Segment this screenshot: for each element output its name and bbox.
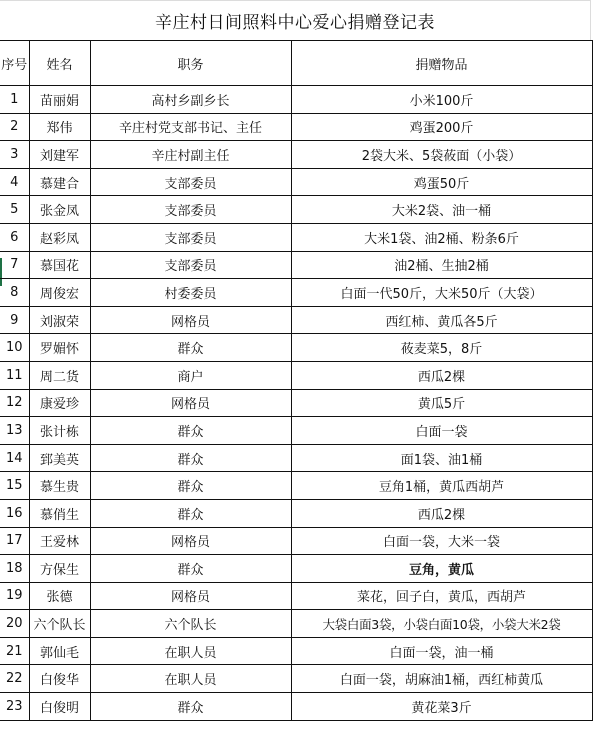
cell-item[interactable]: 大米2袋、油一桶 bbox=[291, 196, 592, 224]
cell-name[interactable]: 王爱林 bbox=[29, 527, 90, 555]
cell-item[interactable]: 黄瓜5斤 bbox=[291, 389, 592, 417]
cell-name[interactable]: 张金凤 bbox=[29, 196, 90, 224]
cell-no[interactable]: 13 bbox=[0, 417, 29, 445]
cell-no[interactable]: 3 bbox=[0, 141, 29, 169]
table-row: 17王爱林网格员白面一袋，大米一袋 bbox=[0, 527, 592, 555]
cell-no[interactable]: 11 bbox=[0, 361, 29, 389]
cell-item[interactable]: 西瓜2棵 bbox=[291, 499, 592, 527]
cell-no[interactable]: 4 bbox=[0, 168, 29, 196]
cell-item[interactable]: 豆角1桶，黄瓜西胡芦 bbox=[291, 472, 592, 500]
table-row: 14郅美英群众面1袋、油1桶 bbox=[0, 444, 592, 472]
cell-no[interactable]: 6 bbox=[0, 223, 29, 251]
cell-role[interactable]: 群众 bbox=[90, 555, 291, 583]
table-row: 5张金凤支部委员大米2袋、油一桶 bbox=[0, 196, 592, 224]
cell-no[interactable]: 5 bbox=[0, 196, 29, 224]
table-row: 8周俊宏村委委员白面一代50斤，大米50斤（大袋） bbox=[0, 279, 592, 307]
cell-item[interactable]: 鸡蛋50斤 bbox=[291, 168, 592, 196]
cell-item[interactable]: 面1袋、油1桶 bbox=[291, 444, 592, 472]
cell-item[interactable]: 小米100斤 bbox=[291, 86, 592, 114]
cell-name[interactable]: 刘淑荣 bbox=[29, 306, 90, 334]
table-row: 20六个队长六个队长大袋白面3袋，小袋白面10袋，小袋大米2袋 bbox=[0, 610, 592, 638]
cell-name[interactable]: 慕生贵 bbox=[29, 472, 90, 500]
cell-item[interactable]: 油2桶、生抽2桶 bbox=[291, 251, 592, 279]
cell-name[interactable]: 周二货 bbox=[29, 361, 90, 389]
table-row: 1苗丽娟高村乡副乡长小米100斤 bbox=[0, 86, 592, 114]
cell-role[interactable]: 网格员 bbox=[90, 582, 291, 610]
cell-role[interactable]: 群众 bbox=[90, 417, 291, 445]
cell-item[interactable]: 白面一袋 bbox=[291, 417, 592, 445]
cell-name[interactable]: 六个队长 bbox=[29, 610, 90, 638]
cell-no[interactable]: 7 bbox=[0, 251, 29, 279]
cell-item[interactable]: 白面一袋，大米一袋 bbox=[291, 527, 592, 555]
cell-role[interactable]: 支部委员 bbox=[90, 251, 291, 279]
header-role[interactable]: 职务 bbox=[90, 41, 291, 86]
cell-no[interactable]: 8 bbox=[0, 279, 29, 307]
cell-role[interactable]: 在职人员 bbox=[90, 665, 291, 693]
cell-name[interactable]: 周俊宏 bbox=[29, 279, 90, 307]
cell-no[interactable]: 22 bbox=[0, 665, 29, 693]
cell-no[interactable]: 23 bbox=[0, 693, 29, 721]
cell-no[interactable]: 10 bbox=[0, 334, 29, 362]
cell-item[interactable]: 大米1袋、油2桶、粉条6斤 bbox=[291, 223, 592, 251]
cell-no[interactable]: 15 bbox=[0, 472, 29, 500]
table-row: 16慕俏生群众西瓜2棵 bbox=[0, 499, 592, 527]
cell-name[interactable]: 张德 bbox=[29, 582, 90, 610]
spreadsheet: 辛庄村日间照料中心爱心捐赠登记表 序号 姓名 职务 捐赠物品 1苗丽娟高村乡副乡… bbox=[0, 0, 593, 734]
cell-name[interactable]: 赵彩凤 bbox=[29, 223, 90, 251]
cell-no[interactable]: 14 bbox=[0, 444, 29, 472]
cell-role[interactable]: 支部委员 bbox=[90, 196, 291, 224]
table-row: 7慕国花支部委员油2桶、生抽2桶 bbox=[0, 251, 592, 279]
header-row: 序号 姓名 职务 捐赠物品 bbox=[0, 41, 592, 86]
cell-role[interactable]: 群众 bbox=[90, 444, 291, 472]
cell-name[interactable]: 罗媚怀 bbox=[29, 334, 90, 362]
cell-name[interactable]: 慕俏生 bbox=[29, 499, 90, 527]
cell-item[interactable]: 大袋白面3袋，小袋白面10袋，小袋大米2袋 bbox=[291, 610, 592, 638]
cell-role[interactable]: 网格员 bbox=[90, 389, 291, 417]
cell-name[interactable]: 白俊华 bbox=[29, 665, 90, 693]
cell-no[interactable]: 16 bbox=[0, 499, 29, 527]
table-row: 6赵彩凤支部委员大米1袋、油2桶、粉条6斤 bbox=[0, 223, 592, 251]
table-row: 13张计栋群众白面一袋 bbox=[0, 417, 592, 445]
cell-name[interactable]: 郑伟 bbox=[29, 113, 90, 141]
cell-role[interactable]: 高村乡副乡长 bbox=[90, 86, 291, 114]
cell-role[interactable]: 辛庄村党支部书记、主任 bbox=[90, 113, 291, 141]
cell-role[interactable]: 在职人员 bbox=[90, 637, 291, 665]
table-row: 9刘淑荣网格员西红柿、黄瓜各5斤 bbox=[0, 306, 592, 334]
header-no[interactable]: 序号 bbox=[0, 41, 29, 86]
cell-no[interactable]: 9 bbox=[0, 306, 29, 334]
cell-item[interactable]: 2袋大米、5袋莜面（小袋） bbox=[291, 141, 592, 169]
cell-name[interactable]: 慕建合 bbox=[29, 168, 90, 196]
cell-item[interactable]: 菜花，回子白，黄瓜，西胡芦 bbox=[291, 582, 592, 610]
cell-name[interactable]: 方保生 bbox=[29, 555, 90, 583]
cell-item[interactable]: 白面一袋，胡麻油1桶，西红柿黄瓜 bbox=[291, 665, 592, 693]
cell-role[interactable]: 村委委员 bbox=[90, 279, 291, 307]
cell-role[interactable]: 网格员 bbox=[90, 527, 291, 555]
cell-no[interactable]: 19 bbox=[0, 582, 29, 610]
cell-no[interactable]: 18 bbox=[0, 555, 29, 583]
cell-no[interactable]: 1 bbox=[0, 86, 29, 114]
cell-item[interactable]: 鸡蛋200斤 bbox=[291, 113, 592, 141]
cell-name[interactable]: 白俊明 bbox=[29, 693, 90, 721]
header-item[interactable]: 捐赠物品 bbox=[291, 41, 592, 86]
cell-role[interactable]: 六个队长 bbox=[90, 610, 291, 638]
table-row: 4慕建合支部委员鸡蛋50斤 bbox=[0, 168, 592, 196]
cell-role[interactable]: 网格员 bbox=[90, 306, 291, 334]
cell-item[interactable]: 白面一代50斤，大米50斤（大袋） bbox=[291, 279, 592, 307]
table-row: 19张德网格员菜花，回子白，黄瓜，西胡芦 bbox=[0, 582, 592, 610]
table-row: 21郭仙毛在职人员白面一袋，油一桶 bbox=[0, 637, 592, 665]
cell-no[interactable]: 20 bbox=[0, 610, 29, 638]
header-name[interactable]: 姓名 bbox=[29, 41, 90, 86]
cell-name[interactable]: 康爱珍 bbox=[29, 389, 90, 417]
cell-item[interactable]: 黄花菜3斤 bbox=[291, 693, 592, 721]
sheet-title[interactable]: 辛庄村日间照料中心爱心捐赠登记表 bbox=[0, 0, 591, 40]
table-row: 3刘建军辛庄村副主任2袋大米、5袋莜面（小袋） bbox=[0, 141, 592, 169]
donation-table: 序号 姓名 职务 捐赠物品 1苗丽娟高村乡副乡长小米100斤 2郑伟辛庄村党支部… bbox=[0, 40, 593, 721]
cell-name[interactable]: 慕国花 bbox=[29, 251, 90, 279]
table-row: 11周二货商户西瓜2棵 bbox=[0, 361, 592, 389]
cell-no[interactable]: 21 bbox=[0, 637, 29, 665]
cell-item[interactable]: 豆角，黄瓜 bbox=[291, 555, 592, 583]
table-row: 10罗媚怀群众莜麦菜5，8斤 bbox=[0, 334, 592, 362]
cell-name[interactable]: 刘建军 bbox=[29, 141, 90, 169]
cell-no[interactable]: 12 bbox=[0, 389, 29, 417]
table-row: 23白俊明群众黄花菜3斤 bbox=[0, 693, 592, 721]
cell-role[interactable]: 商户 bbox=[90, 361, 291, 389]
cell-role[interactable]: 群众 bbox=[90, 693, 291, 721]
cell-no[interactable]: 2 bbox=[0, 113, 29, 141]
table-row: 18方保生群众豆角，黄瓜 bbox=[0, 555, 592, 583]
table-row: 22白俊华在职人员白面一袋，胡麻油1桶，西红柿黄瓜 bbox=[0, 665, 592, 693]
cell-item[interactable]: 西瓜2棵 bbox=[291, 361, 592, 389]
cell-item[interactable]: 白面一袋，油一桶 bbox=[291, 637, 592, 665]
cell-name[interactable]: 苗丽娟 bbox=[29, 86, 90, 114]
cell-item[interactable]: 莜麦菜5，8斤 bbox=[291, 334, 592, 362]
table-row: 12康爱珍网格员黄瓜5斤 bbox=[0, 389, 592, 417]
cell-item[interactable]: 西红柿、黄瓜各5斤 bbox=[291, 306, 592, 334]
cell-role[interactable]: 辛庄村副主任 bbox=[90, 141, 291, 169]
table-row: 15慕生贵群众豆角1桶，黄瓜西胡芦 bbox=[0, 472, 592, 500]
cell-no[interactable]: 17 bbox=[0, 527, 29, 555]
cell-role[interactable]: 支部委员 bbox=[90, 168, 291, 196]
cell-role[interactable]: 群众 bbox=[90, 334, 291, 362]
cell-name[interactable]: 郭仙毛 bbox=[29, 637, 90, 665]
table-row: 2郑伟辛庄村党支部书记、主任鸡蛋200斤 bbox=[0, 113, 592, 141]
cell-name[interactable]: 张计栋 bbox=[29, 417, 90, 445]
cell-name[interactable]: 郅美英 bbox=[29, 444, 90, 472]
cell-role[interactable]: 群众 bbox=[90, 472, 291, 500]
cell-role[interactable]: 群众 bbox=[90, 499, 291, 527]
cell-role[interactable]: 支部委员 bbox=[90, 223, 291, 251]
